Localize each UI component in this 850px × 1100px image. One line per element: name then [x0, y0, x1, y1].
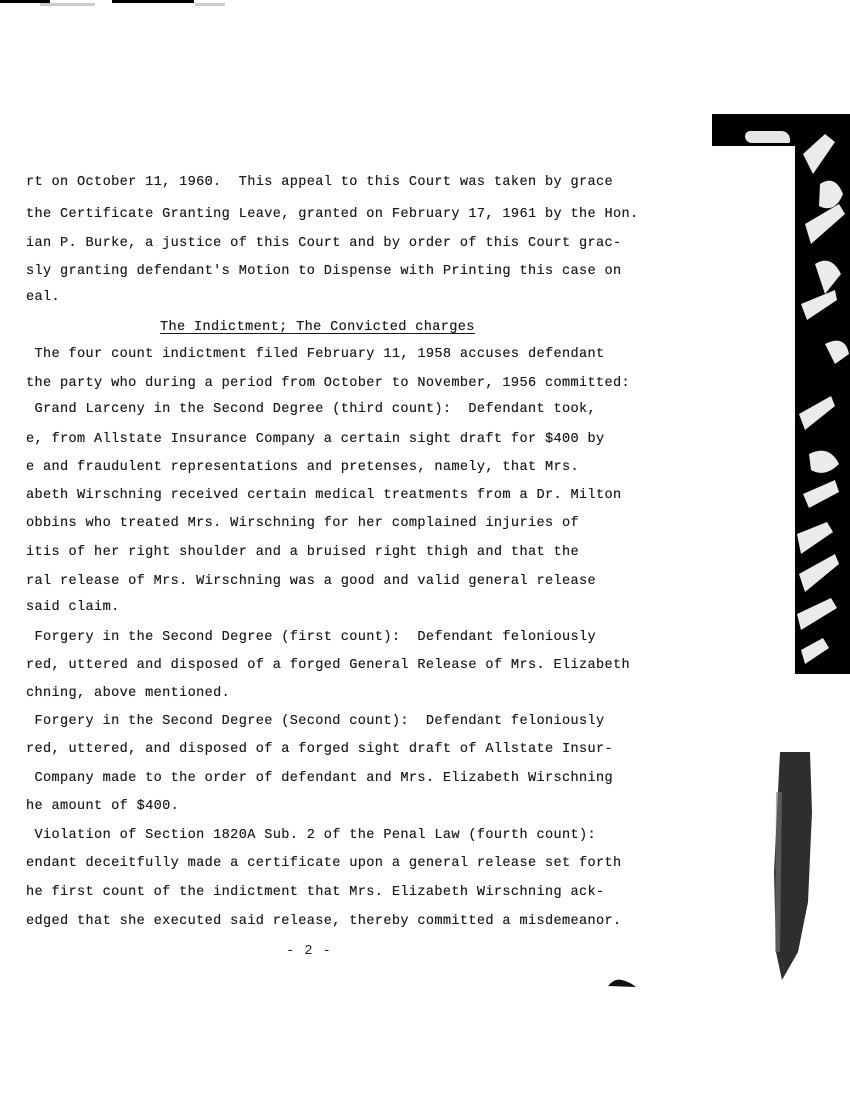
body-line: ral release of Mrs. Wirschning was a goo…	[26, 574, 596, 590]
body-line: rt on October 11, 1960. This appeal to t…	[26, 175, 613, 191]
scan-binding-strip	[795, 114, 850, 674]
body-line: chning, above mentioned.	[26, 686, 230, 702]
scan-noise	[195, 3, 225, 6]
scan-edge-mark	[112, 0, 194, 3]
body-line: edged that she executed said release, th…	[26, 914, 622, 930]
body-line: sly granting defendant's Motion to Dispe…	[26, 264, 622, 280]
page-number: - 2 -	[286, 944, 332, 959]
count-heading-line: Violation of Section 1820A Sub. 2 of the…	[26, 828, 596, 844]
body-line: he amount of $400.	[26, 799, 179, 815]
body-line: red, uttered and disposed of a forged Ge…	[26, 658, 630, 674]
body-line: the party who during a period from Octob…	[26, 376, 630, 392]
section-heading: The Indictment; The Convicted charges	[160, 320, 475, 336]
scan-noise	[40, 3, 95, 6]
body-line: ian P. Burke, a justice of this Court an…	[26, 236, 622, 252]
scanned-document-page: rt on October 11, 1960. This appeal to t…	[0, 0, 850, 1100]
body-line: he first count of the indictment that Mr…	[26, 885, 605, 901]
body-line: the Certificate Granting Leave, granted …	[26, 207, 639, 223]
body-line: eal.	[26, 290, 60, 306]
body-line: endant deceitfully made a certificate up…	[26, 856, 622, 872]
count-heading-line: Grand Larceny in the Second Degree (thir…	[26, 402, 596, 418]
body-line: The four count indictment filed February…	[26, 347, 605, 363]
body-line: e, from Allstate Insurance Company a cer…	[26, 432, 605, 448]
body-line: said claim.	[26, 600, 120, 616]
body-line: obbins who treated Mrs. Wirschning for h…	[26, 516, 579, 532]
body-line: itis of her right shoulder and a bruised…	[26, 545, 579, 561]
body-line: red, uttered, and disposed of a forged s…	[26, 742, 613, 758]
body-line: e and fraudulent representations and pre…	[26, 460, 579, 476]
body-line: abeth Wirschning received certain medica…	[26, 488, 622, 504]
binding-pattern-icon	[795, 114, 850, 674]
body-line: Company made to the order of defendant a…	[26, 771, 613, 787]
scan-smear	[770, 752, 820, 982]
scan-ink-blot	[608, 976, 640, 988]
count-heading-line: Forgery in the Second Degree (Second cou…	[26, 714, 605, 730]
count-heading-line: Forgery in the Second Degree (first coun…	[26, 630, 596, 646]
scan-noise	[745, 131, 790, 143]
